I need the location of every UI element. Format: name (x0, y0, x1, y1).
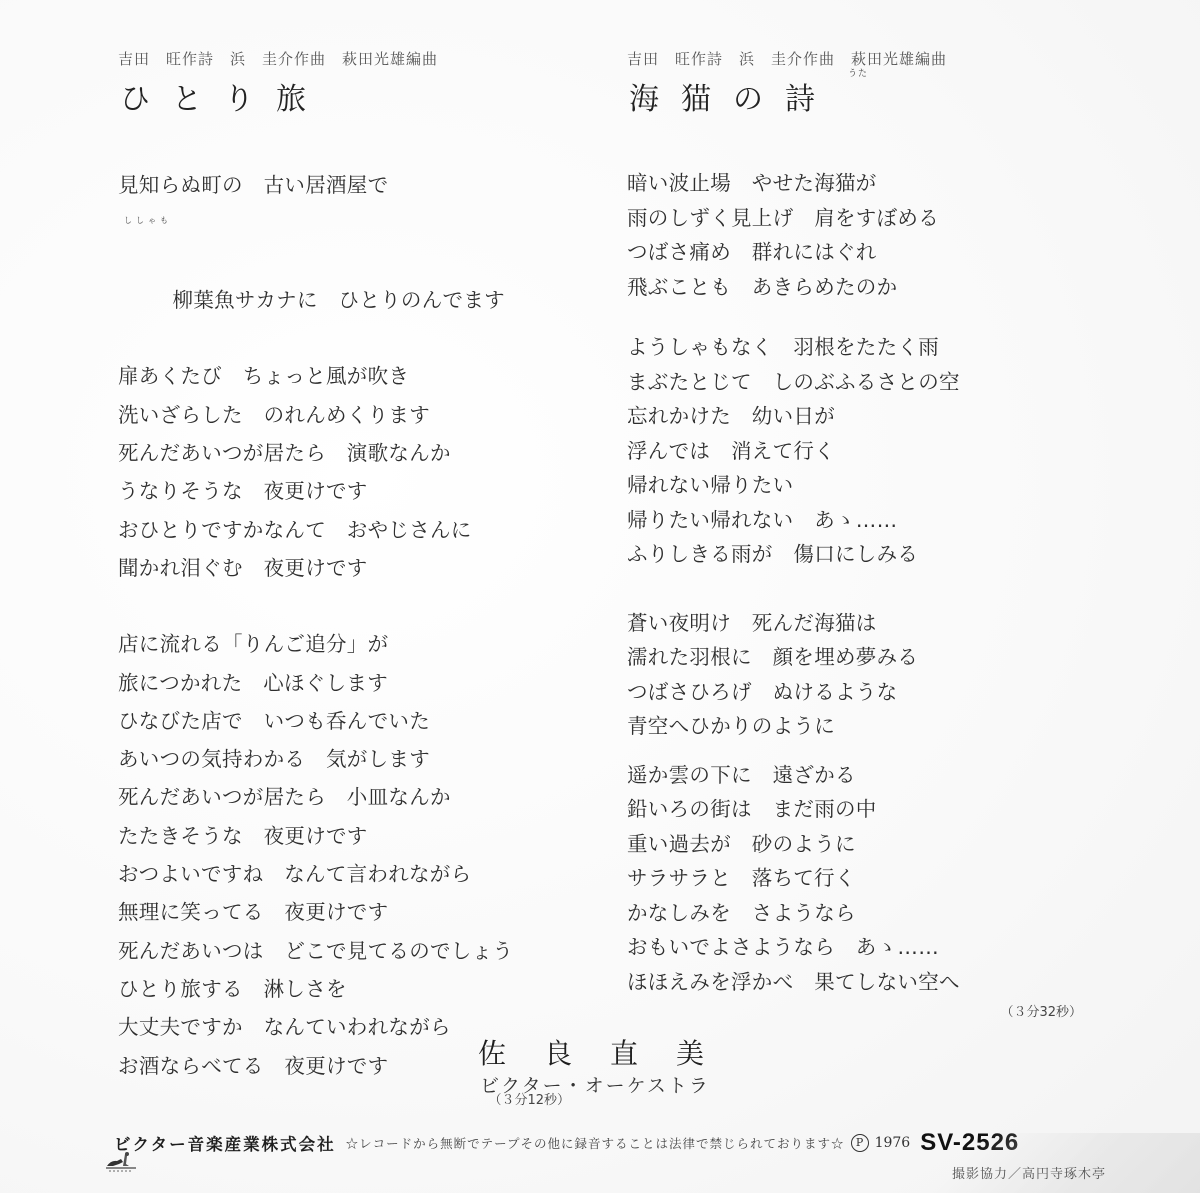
lyric-line: うなりそうな 夜更けです (118, 472, 588, 510)
lyric-line: 濡れた羽根に 顔を埋め夢みる (627, 640, 1097, 675)
song-title: 海猫の詩 (629, 74, 837, 126)
lyric-line: サラサラと 落ちて行く (627, 861, 1097, 896)
lyric-line-with-ruby: ししゃも 柳葉魚サカナに ひとりのんでます (118, 204, 588, 357)
stanza: 遥か雲の下に 遠ざかる 鉛いろの街は まだ雨の中 重い過去が 砂のように サラサ… (627, 758, 1097, 1000)
ruby-annotation: うた (848, 66, 868, 79)
victor-dog-gramophone-icon (72, 1131, 108, 1155)
lyric-line: 暗い波止場 やせた海猫が (627, 166, 1097, 201)
lyric-line: 青空へひかりのように (627, 709, 1097, 744)
lyric-line: たたきそうな 夜更けです (118, 817, 588, 855)
lyric-line: あいつの気持わかる 気がします (118, 740, 588, 778)
lyric-line: ひなびた店で いつも呑んでいた (118, 702, 588, 740)
lyric-line: 忘れかけた 幼い日が (627, 399, 1097, 434)
stanza: 蒼い夜明け 死んだ海猫は 濡れた羽根に 顔を埋め夢みる つばさひろげ ぬけるよう… (627, 606, 1097, 744)
orchestra-name: ビクター・オーケストラ (480, 1073, 778, 1099)
artist-name: 佐良直美 (478, 1035, 778, 1073)
lyric-line: 聞かれ泪ぐむ 夜更けです (118, 549, 588, 587)
lyric-line: 雨のしずく見上げ 肩をすぼめる (627, 201, 1097, 236)
lyric-line: 死んだあいつが居たら 演歌なんか (118, 434, 588, 472)
lyric-line: 帰れない帰りたい (627, 468, 1097, 503)
stanza: ようしゃもなく 羽根をたたく雨 まぶたとじて しのぶふるさとの空 忘れかけた 幼… (627, 330, 1097, 572)
lyric-line: 扉あくたび ちょっと風が吹き (118, 357, 588, 395)
lyric-line: 見知らぬ町の 古い居酒屋で (118, 166, 588, 204)
lyric-line: 飛ぶことも あきらめたのか (627, 270, 1097, 305)
photo-credit: 撮影協力／高円寺琢木亭 (952, 1163, 1106, 1182)
stanza: 店に流れる「りんご追分」が 旅につかれた 心ほぐします ひなびた店で いつも呑ん… (118, 625, 588, 1085)
artist-block: 佐良直美 ビクター・オーケストラ (478, 1035, 778, 1099)
song-column-hitoritabi: 吉田 旺作詩 浜 圭介作曲 萩田光雄編曲 ひとり旅 見知らぬ町の 古い居酒屋で … (118, 48, 588, 1108)
lyric-line: 死んだあいつが居たら 小皿なんか (118, 778, 588, 816)
lyric-line: ふりしきる雨が 傷口にしみる (627, 537, 1097, 572)
lyric-line: まぶたとじて しのぶふるさとの空 (627, 365, 1097, 400)
release-year: 1976 (875, 1135, 911, 1151)
lyric-text: 柳葉魚サカナに ひとりのんでます (173, 288, 505, 312)
lyric-line: 遥か雲の下に 遠ざかる (627, 758, 1097, 793)
song-credits: 吉田 旺作詩 浜 圭介作曲 萩田光雄編曲 (118, 48, 588, 70)
lyric-line: おつよいですね なんて言われながら (118, 855, 588, 893)
stanza: 暗い波止場 やせた海猫が 雨のしずく見上げ 肩をすぼめる つばさ痛め 群れにはぐ… (627, 166, 1097, 304)
lyric-sheet: 吉田 旺作詩 浜 圭介作曲 萩田光雄編曲 ひとり旅 見知らぬ町の 古い居酒屋で … (0, 0, 1200, 1193)
lyric-line: 店に流れる「りんご追分」が (118, 625, 588, 663)
lyric-line: おもいでよさようなら あゝ…… (627, 930, 1097, 965)
lyric-line: ようしゃもなく 羽根をたたく雨 (627, 330, 1097, 365)
song-title: ひとり旅 (120, 74, 328, 126)
lyric-line: 鉛いろの街は まだ雨の中 (627, 792, 1097, 827)
lyric-line: おひとりですかなんて おやじさんに (118, 511, 588, 549)
company-name: ビクター音楽産業株式会社 (114, 1131, 336, 1155)
song-duration: （３分32秒） (627, 1001, 1082, 1020)
lyric-line: 死んだあいつは どこで見てるのでしょう (118, 932, 588, 970)
copyright-notice: ☆レコードから無断でテープその他に録音することは法律で禁じられております☆ (346, 1134, 845, 1152)
lyric-line: ほほえみを浮かべ 果てしない空へ (627, 965, 1097, 1000)
song-title-wrap: うた 海猫の詩 (627, 70, 1097, 126)
lyric-line: かなしみを さようなら (627, 896, 1097, 931)
stanza: 見知らぬ町の 古い居酒屋で ししゃも 柳葉魚サカナに ひとりのんでます 扉あくた… (118, 166, 588, 587)
lyric-line: つばさひろげ ぬけるような (627, 675, 1097, 710)
lyric-line: つばさ痛め 群れにはぐれ (627, 235, 1097, 270)
lyric-line: 浮んでは 消えて行く (627, 434, 1097, 469)
lyric-line: 旅につかれた 心ほぐします (118, 664, 588, 702)
lyric-line: 洗いざらした のれんめくります (118, 396, 588, 434)
lyric-line: 重い過去が 砂のように (627, 827, 1097, 862)
song-title-wrap: ひとり旅 (118, 70, 588, 126)
lyric-line: ひとり旅する 淋しさを (118, 970, 588, 1008)
ruby-annotation: ししゃも (124, 202, 172, 240)
song-column-umineko-no-uta: 吉田 旺作詩 浜 圭介作曲 萩田光雄編曲 うた 海猫の詩 暗い波止場 やせた海猫… (627, 48, 1097, 1020)
phonogram-symbol: P (851, 1134, 869, 1152)
lyric-line: 無理に笑ってる 夜更けです (118, 893, 588, 931)
lyric-line: 帰りたい帰れない あゝ…… (627, 503, 1097, 538)
lyric-line: 蒼い夜明け 死んだ海猫は (627, 606, 1097, 641)
